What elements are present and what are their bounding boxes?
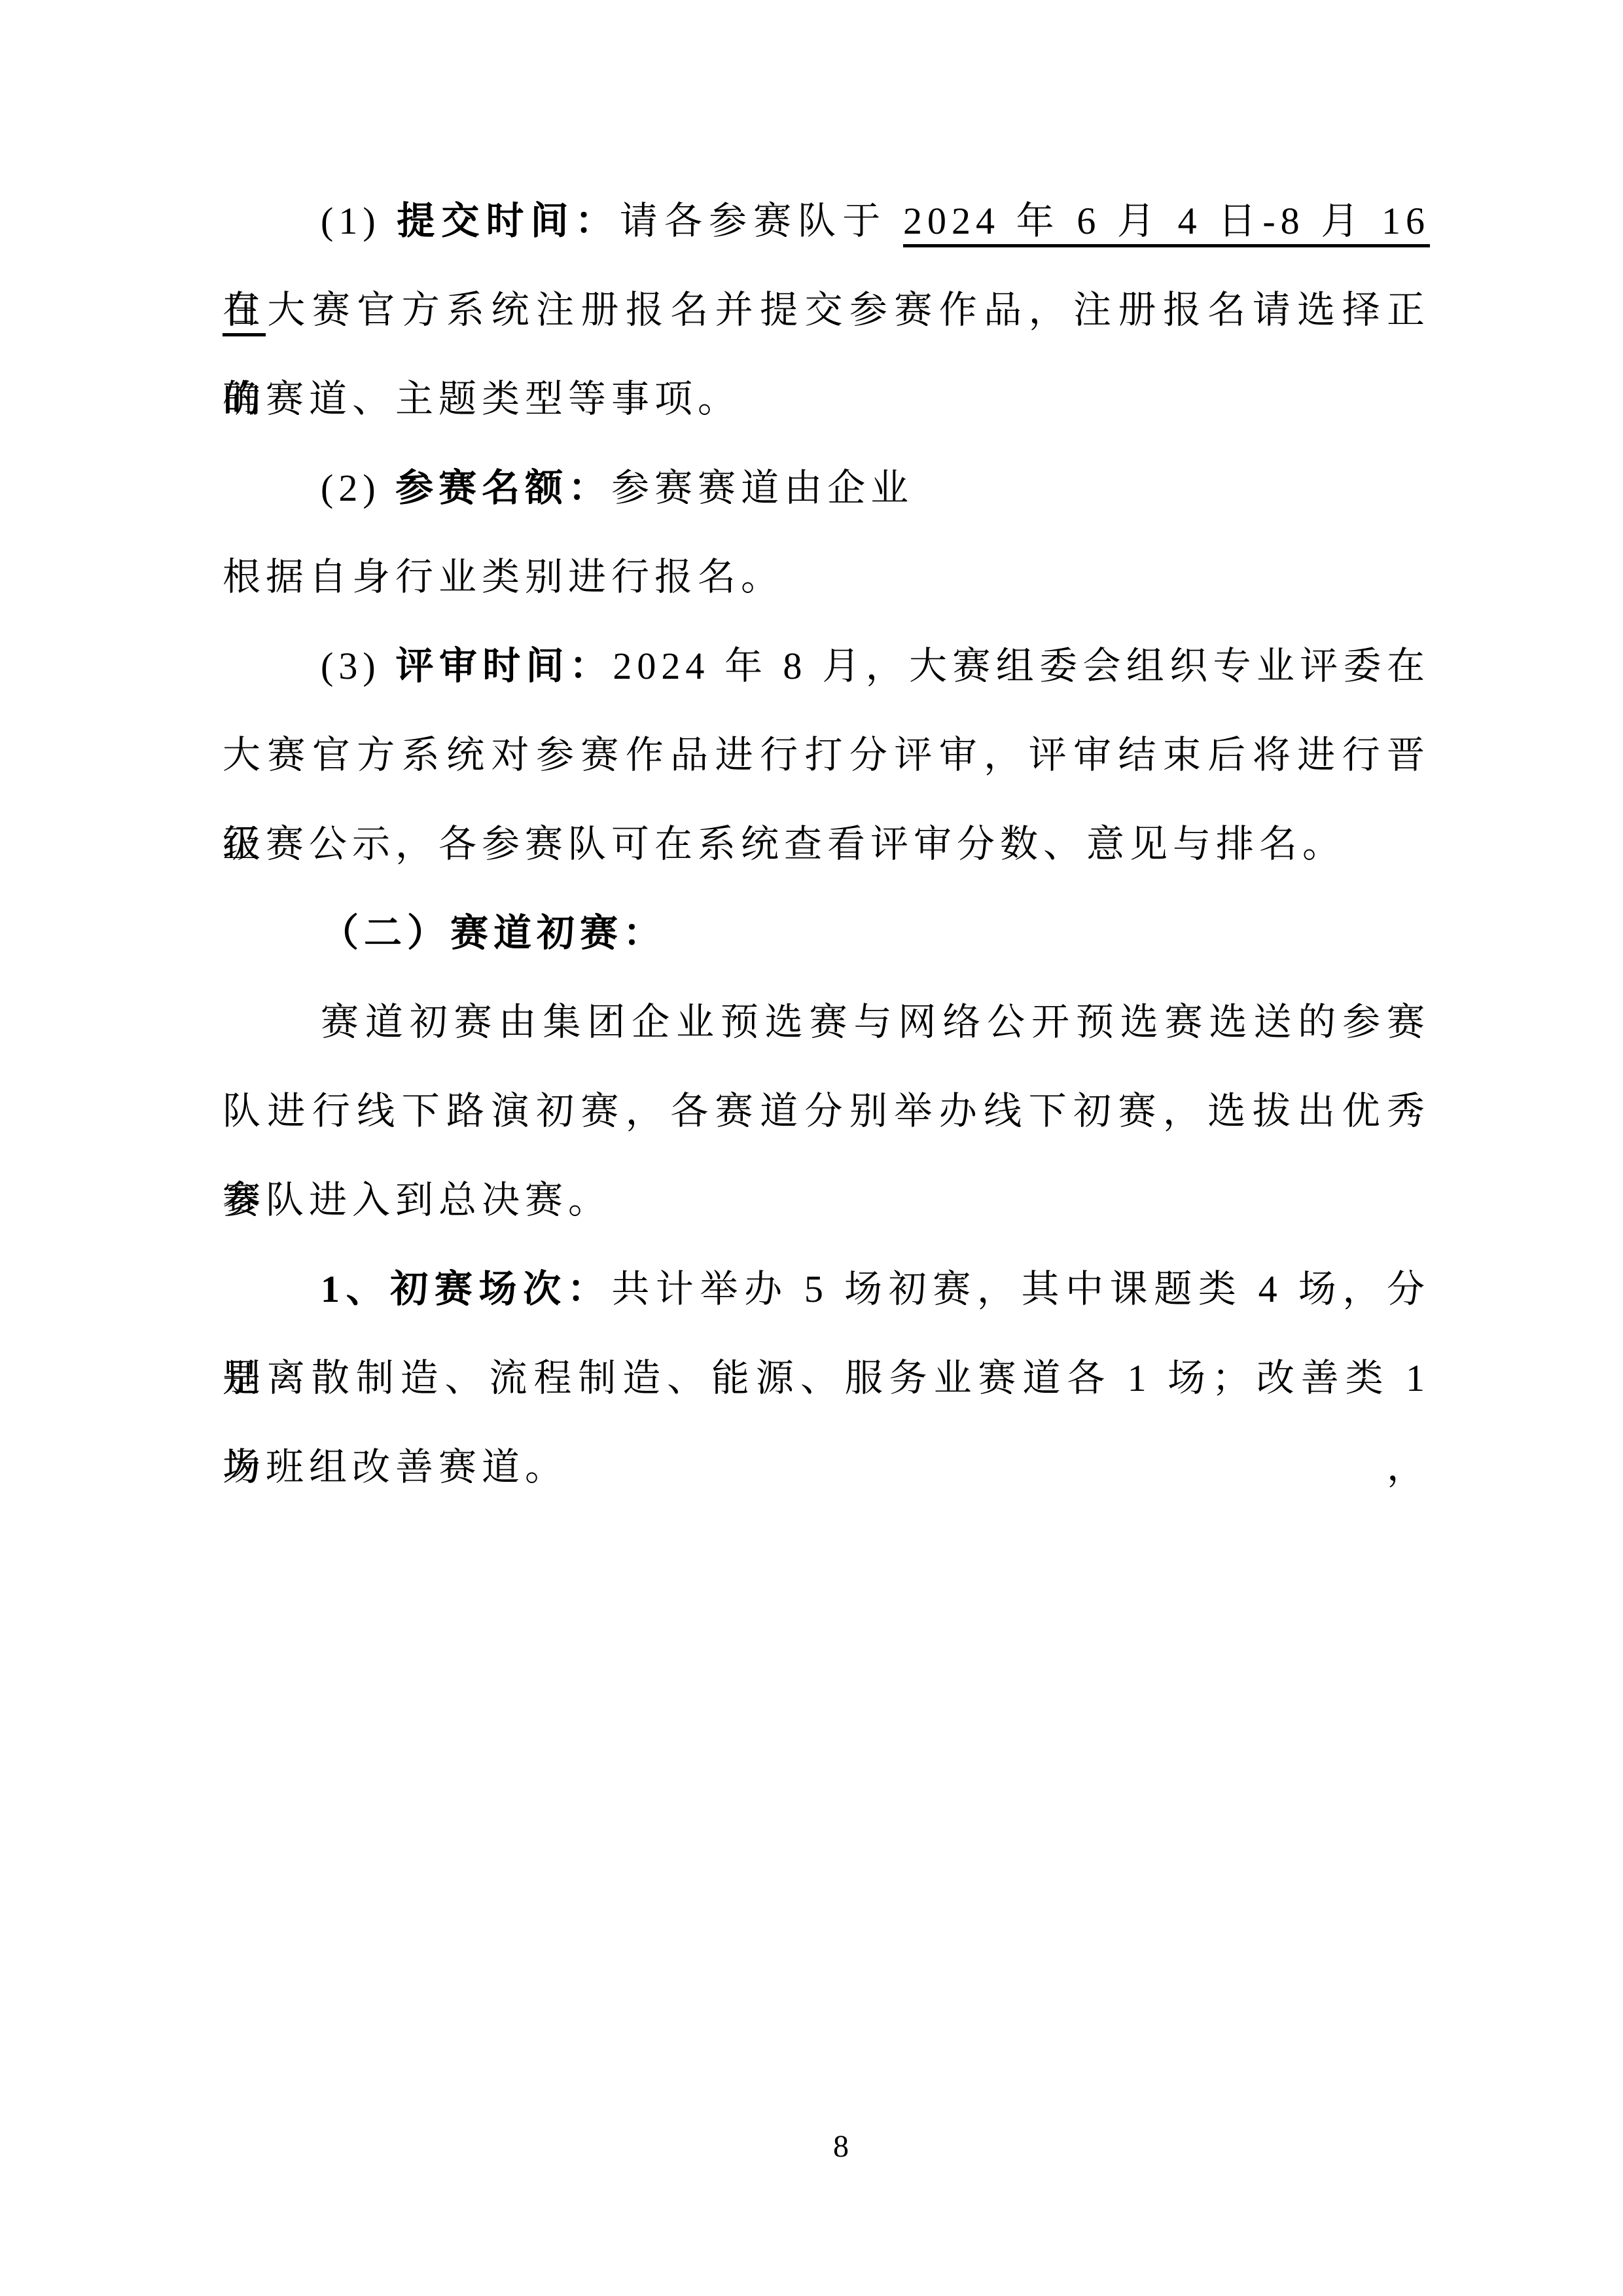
page-number: 8 xyxy=(223,2128,1459,2165)
text-line: (3) 评审时间：2024 年 8 月，大赛组委会组织专业评委在 xyxy=(223,622,1430,711)
text-line: 赛队进入到总决赛。 xyxy=(223,1156,1430,1245)
bold-label: 提交时间： xyxy=(397,200,620,242)
text-run: 根据自身行业类别进行报名。 xyxy=(223,556,784,598)
text-line: 正赛公示，各参赛队可在系统查看评审分数、意见与排名。 xyxy=(223,800,1430,889)
text-line: 是离散制造、流程制造、能源、服务业赛道各 1 场；改善类 1 场， xyxy=(223,1334,1430,1423)
text-run: 2024 年 8 月，大赛组委会组织专业评委在 xyxy=(613,645,1430,687)
text-run: 请各参赛队于 xyxy=(620,200,903,242)
text-line: 赛道初赛由集团企业预选赛与网络公开预选赛选送的参赛 xyxy=(223,978,1430,1067)
text-run: 为班组改善赛道。 xyxy=(223,1446,568,1488)
bold-label: 参赛名额： xyxy=(395,467,611,509)
bold-label: 1、初赛场次： xyxy=(321,1268,611,1310)
text-line: 在大赛官方系统注册报名并提交参赛作品，注册报名请选择正确 xyxy=(223,266,1430,355)
text-run: (2) xyxy=(321,467,395,509)
text-run: 赛道初赛由集团企业预选赛与网络公开预选赛选送的参赛 xyxy=(321,1001,1430,1043)
text-run: (1) xyxy=(321,200,397,242)
text-line: 的赛道、主题类型等事项。 xyxy=(223,355,1430,444)
document-page: (1) 提交时间：请各参赛队于 2024 年 6 月 4 日-8 月 16 日在… xyxy=(0,0,1623,2296)
text-run: (3) xyxy=(321,645,396,687)
bold-label: （二）赛道初赛： xyxy=(321,912,666,954)
bold-label: 评审时间： xyxy=(396,645,613,687)
text-run: 赛队进入到总决赛。 xyxy=(223,1179,611,1221)
text-line: 1、初赛场次：共计举办 5 场初赛，其中课题类 4 场，分别 xyxy=(223,1245,1430,1334)
text-run: 的赛道、主题类型等事项。 xyxy=(223,378,741,420)
text-line: (1) 提交时间：请各参赛队于 2024 年 6 月 4 日-8 月 16 日 xyxy=(223,177,1430,266)
text-line: 队进行线下路演初赛，各赛道分别举办线下初赛，选拔出优秀参 xyxy=(223,1067,1430,1156)
text-line: 根据自身行业类别进行报名。 xyxy=(223,533,1430,622)
text-line: 大赛官方系统对参赛作品进行打分评审，评审结束后将进行晋级 xyxy=(223,711,1430,800)
text-run: 参赛赛道由企业 xyxy=(611,467,914,509)
document-body: (1) 提交时间：请各参赛队于 2024 年 6 月 4 日-8 月 16 日在… xyxy=(223,177,1430,1512)
text-line: （二）赛道初赛： xyxy=(223,889,1430,978)
text-run: 正赛公示，各参赛队可在系统查看评审分数、意见与排名。 xyxy=(223,823,1346,865)
text-line: (2) 参赛名额：参赛赛道由企业 xyxy=(223,444,1430,533)
